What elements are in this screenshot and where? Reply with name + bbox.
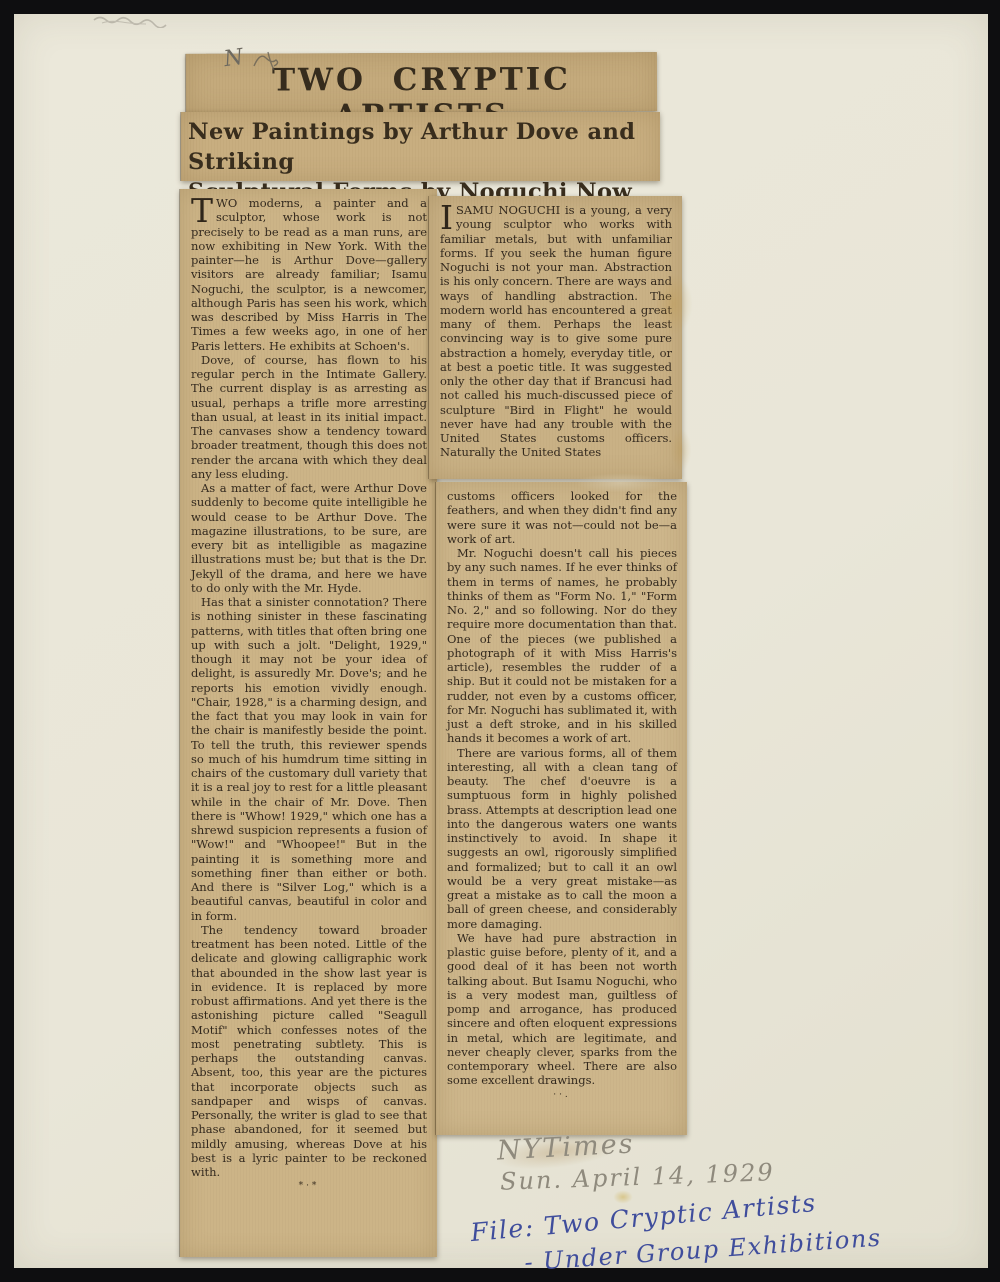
paragraph: The tendency toward broader treatment ha… bbox=[191, 923, 427, 1180]
paragraph: TWO moderns, a painter and a sculptor, w… bbox=[191, 196, 427, 353]
left-column-clipping: TWO moderns, a painter and a sculptor, w… bbox=[180, 189, 437, 1257]
paragraph: There are various forms, all of them int… bbox=[447, 746, 677, 931]
paragraph: ISAMU NOGUCHI is a young, a very young s… bbox=[440, 203, 672, 460]
article-subhead-line1: New Paintings by Arthur Dove and Strikin… bbox=[181, 112, 660, 177]
right-column-lower-text: customs officers looked for the feathers… bbox=[436, 482, 687, 1135]
right-column-upper-clipping: ISAMU NOGUCHI is a young, a very young s… bbox=[429, 196, 682, 479]
right-column-lower-clipping: customs officers looked for the feathers… bbox=[436, 482, 687, 1135]
paragraph: Has that a sinister connotation? There i… bbox=[191, 595, 427, 923]
paragraph: We have had pure abstraction in plastic … bbox=[447, 931, 677, 1088]
asterism-mark: *·* bbox=[191, 1181, 427, 1191]
pencil-scribble bbox=[92, 14, 176, 28]
pencil-mark-n: N bbox=[222, 45, 245, 72]
paragraph: Mr. Noguchi doesn't call his pieces by a… bbox=[447, 546, 677, 746]
right-column-upper-text: ISAMU NOGUCHI is a young, a very young s… bbox=[429, 196, 682, 479]
subhead-clipping: New Paintings by Arthur Dove and Strikin… bbox=[181, 112, 660, 181]
paragraph: As a matter of fact, were Arthur Dove su… bbox=[191, 481, 427, 595]
pencil-squiggle bbox=[250, 48, 290, 74]
scan-black-background: TWO CRYPTIC ARTISTS N New Paintings by A… bbox=[0, 0, 1000, 1282]
paragraph: customs officers looked for the feathers… bbox=[447, 489, 677, 546]
paragraph: Dove, of course, has flown to his regula… bbox=[191, 353, 427, 481]
left-column-text: TWO moderns, a painter and a sculptor, w… bbox=[180, 189, 437, 1257]
asterism-mark: ··. bbox=[447, 1090, 677, 1100]
